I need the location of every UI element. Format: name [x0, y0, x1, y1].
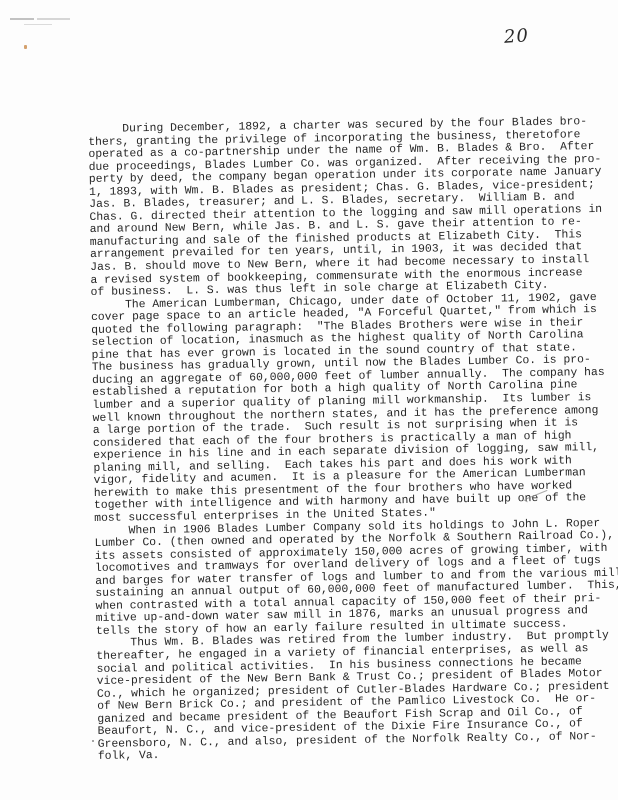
scan-artifact	[92, 740, 94, 742]
scan-artifact	[24, 45, 27, 49]
scan-artifact	[10, 18, 70, 20]
document-page: 20 During December, 1892, a charter was …	[0, 0, 618, 800]
body-text: During December, 1892, a charter was sec…	[88, 117, 568, 764]
page-number: 20	[503, 25, 529, 48]
scan-artifact	[24, 24, 52, 25]
